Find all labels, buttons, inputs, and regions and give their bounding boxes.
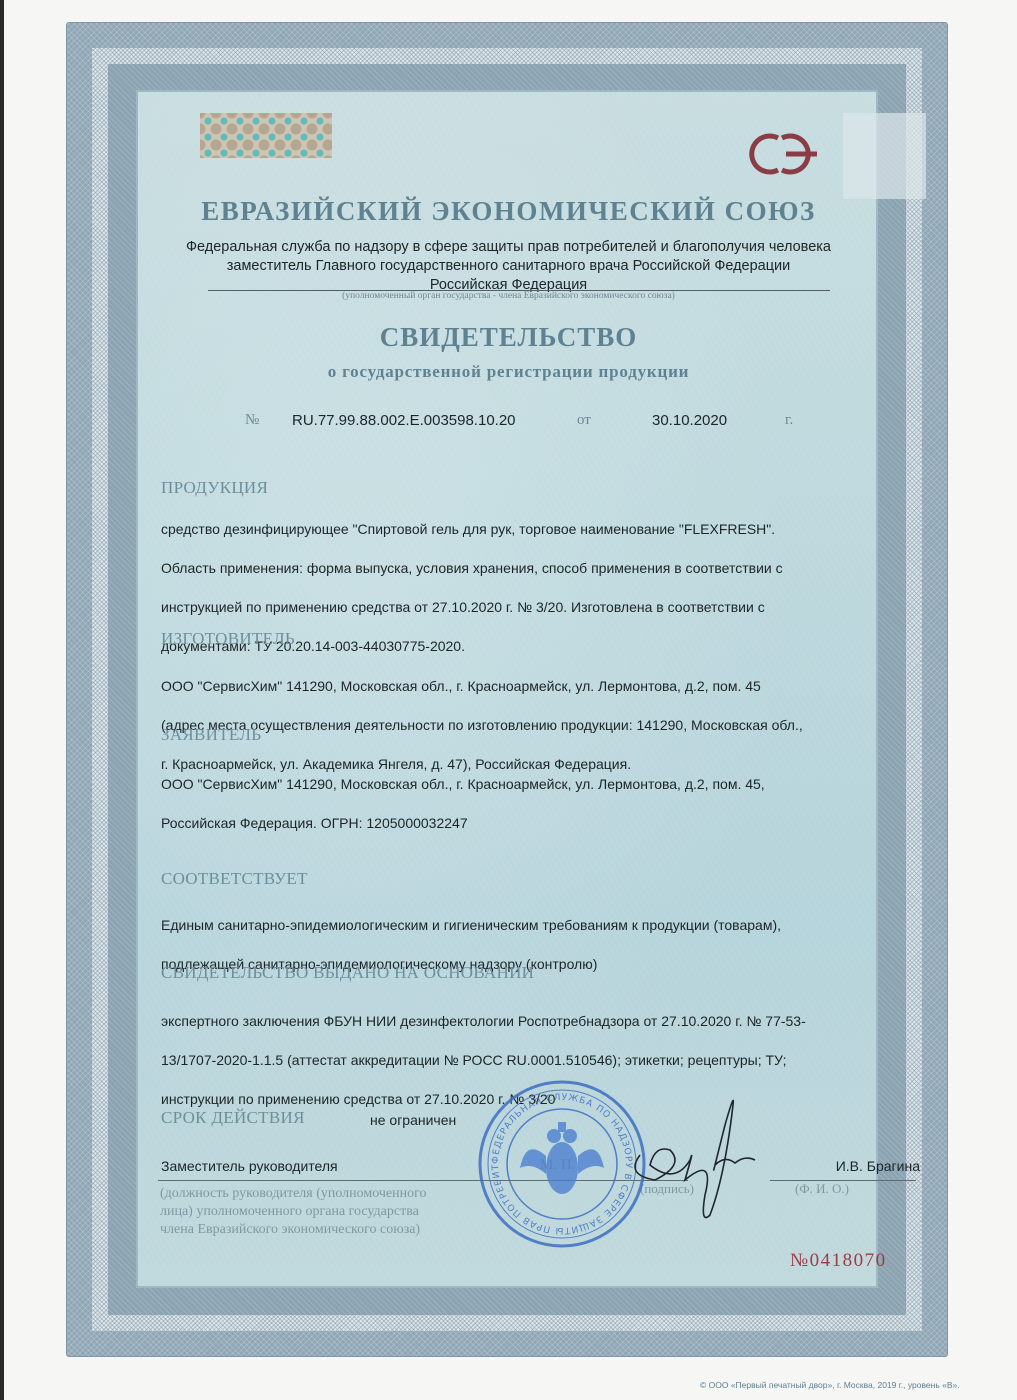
section-heading-conforms: СООТВЕТСТВУЕТ xyxy=(161,869,308,889)
authority-lines: Федеральная служба по надзору в сфере за… xyxy=(0,238,1017,295)
section-heading-product: ПРОДУКЦИЯ xyxy=(161,478,268,498)
section-heading-applicant: ЗАЯВИТЕЛЬ xyxy=(161,725,261,745)
authority-line: Федеральная служба по надзору в сфере за… xyxy=(0,238,1017,257)
text-line: 13/1707-2020-1.1.5 (аттестат аккредитаци… xyxy=(161,1051,921,1071)
text-line: Область применения: форма выпуска, услов… xyxy=(161,559,921,579)
text-line: Единым санитарно-эпидемиологическим и ги… xyxy=(161,916,921,936)
blank-panel xyxy=(843,113,926,199)
applicant-text: ООО "СервисХим" 141290, Московская обл.,… xyxy=(161,755,921,853)
caption-line: члена Евразийского экономического союза) xyxy=(160,1221,427,1239)
position-caption: (должность руководителя (уполномоченного… xyxy=(160,1185,427,1239)
signer-name: И.В. Брагина xyxy=(820,1157,920,1177)
section-heading-manufacturer: ИЗГОТОВИТЕЛЬ xyxy=(161,629,295,649)
certificate-subtitle: о государственной регистрации продукции xyxy=(0,362,1017,382)
text-line: экспертного заключения ФБУН НИИ дезинфек… xyxy=(161,1012,921,1032)
section-heading-basis: СВИДЕТЕЛЬСТВО ВЫДАНО НА ОСНОВАНИИ xyxy=(161,963,534,983)
signer-position: Заместитель руководителя xyxy=(161,1157,461,1177)
authority-caption: (уполномоченный орган государства - член… xyxy=(0,291,1017,301)
text-line: Российская Федерация. ОГРН: 120500003224… xyxy=(161,814,921,834)
security-hologram-icon xyxy=(200,113,332,158)
caption-line: (должность руководителя (уполномоченного xyxy=(160,1185,427,1203)
text-line: средство дезинфицирующее "Спиртовой гель… xyxy=(161,520,921,540)
text-line: (адрес места осуществления деятельности … xyxy=(161,716,921,736)
year-suffix: г. xyxy=(785,412,793,429)
number-label: № xyxy=(245,412,259,429)
name-caption: (Ф. И. О.) xyxy=(795,1180,849,1197)
printer-footer: © ООО «Первый печатный двор», г. Москва,… xyxy=(700,1380,960,1390)
serial-number: №0418070 xyxy=(790,1250,887,1272)
certificate-title: СВИДЕТЕЛЬСТВО xyxy=(0,322,1017,353)
registration-number: RU.77.99.88.002.Е.003598.10.20 xyxy=(292,412,516,429)
section-heading-validity: СРОК ДЕЙСТВИЯ xyxy=(161,1108,305,1128)
registration-date: 30.10.2020 xyxy=(652,412,727,429)
text-line: ООО "СервисХим" 141290, Московская обл.,… xyxy=(161,677,921,697)
text-line: инструкцией по применению средства от 27… xyxy=(161,598,921,618)
text-line: ООО "СервисХим" 141290, Московская обл.,… xyxy=(161,775,921,795)
product-text: средство дезинфицирующее "Спиртовой гель… xyxy=(161,500,921,676)
union-title: ЕВРАЗИЙСКИЙ ЭКОНОМИЧЕСКИЙ СОЮЗ xyxy=(0,196,1017,227)
authority-line: заместитель Главного государственного са… xyxy=(0,257,1017,276)
caption-line: лица) уполномоченного органа государства xyxy=(160,1203,427,1221)
signature-icon xyxy=(615,1085,765,1235)
date-label: от xyxy=(577,412,591,429)
customs-union-ce-logo-icon xyxy=(736,130,822,178)
